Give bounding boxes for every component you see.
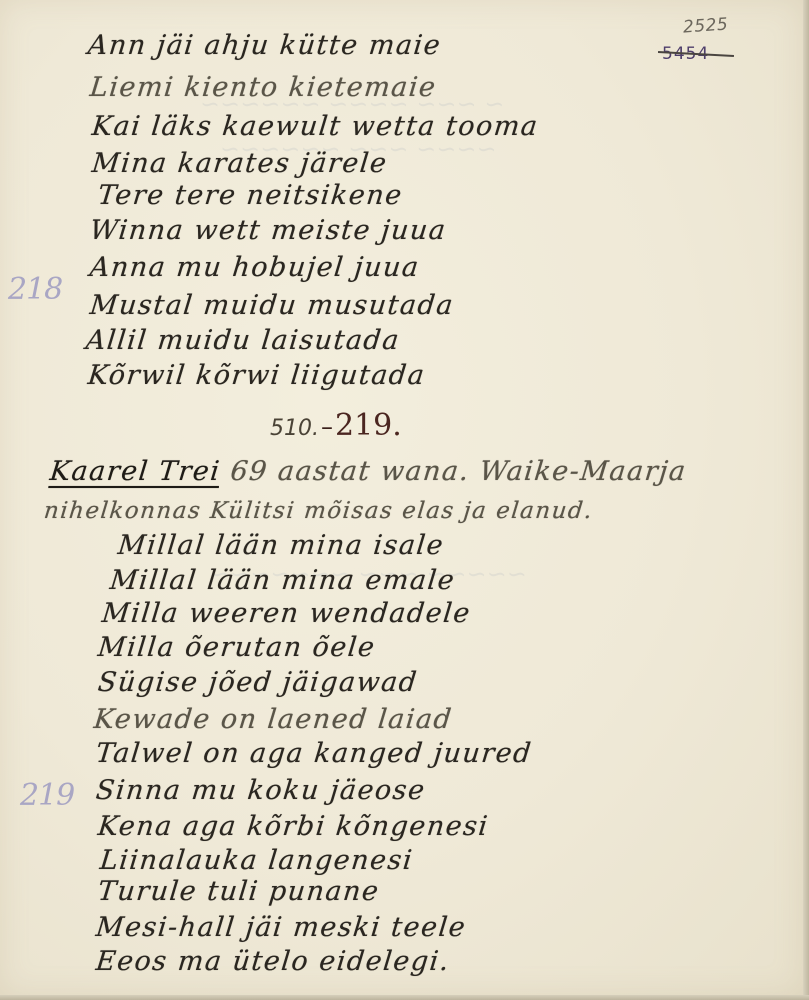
archive-number-old: 5454 — [662, 44, 709, 64]
poem-1-line: Liemi kiento kietemaie — [88, 72, 438, 103]
poem-2-line: Kena aga kõrbi kõngenesi — [96, 811, 490, 842]
singer-note-line-2: nihelkonnas Külitsi mõisas elas ja elanu… — [43, 498, 595, 524]
poem-2-line: Eeos ma ütelo eidelegi. — [94, 946, 451, 977]
poem-1-line: Kõrwil kõrwi liigutada — [86, 360, 427, 391]
section-number-main: 219. — [335, 408, 402, 443]
margin-number: 219 — [20, 778, 74, 813]
section-number-dash: – — [321, 413, 333, 441]
poem-2-line: Liinalauka langenesi — [98, 845, 414, 876]
poem-1-line: Ann jäi ahju kütte maie — [86, 30, 442, 61]
poem-1-line: Mina karates järele — [90, 148, 389, 179]
singer-name: Kaarel Trei — [48, 456, 222, 487]
singer-info: 69 aastat wana. Waike-Maarja — [229, 456, 688, 487]
manuscript-page: ~ ~~~ ~~~~ ~~~~~~ ~~~~ ~~~ ~~~~~~ ~~~~~ … — [0, 0, 805, 997]
poem-1-line: Tere tere neitsikene — [96, 180, 404, 211]
poem-2-line: Sügise jõed jäigawad — [96, 667, 419, 698]
paper-edge-bottom — [0, 995, 809, 1000]
poem-2-line: Milla weeren wendadele — [100, 598, 472, 629]
poem-2-line: Mesi-hall jäi meski teele — [94, 912, 467, 943]
poem-1-line: Kai läks kaewult wetta tooma — [90, 111, 540, 142]
poem-1-line: Winna wett meiste juua — [88, 215, 448, 246]
poem-1-line: Allil muidu laisutada — [84, 325, 401, 356]
poem-2-line: Sinna mu koku jäeose — [94, 775, 427, 806]
poem-2-line: Milla õerutan õele — [96, 632, 377, 663]
section-number: 510.–219. — [270, 408, 402, 443]
poem-2-line: Kewade on laened laiad — [92, 704, 454, 735]
poem-2-line: Turule tuli punane — [96, 876, 381, 907]
poem-1-line: Anna mu hobujel juua — [88, 252, 421, 283]
paper-edge-right — [803, 0, 809, 1000]
archive-number: 2525 — [682, 14, 729, 37]
singer-note-line-1: Kaarel Trei 69 aastat wana. Waike-Maarja — [48, 456, 688, 487]
poem-2-line: Millal lään mina emale — [108, 565, 457, 596]
poem-1-line: Mustal muidu musutada — [88, 290, 455, 321]
section-number-prefix: 510. — [270, 416, 319, 441]
margin-number: 218 — [8, 272, 62, 307]
poem-2-line: Millal lään mina isale — [116, 530, 445, 561]
poem-2-line: Talwel on aga kanged juured — [94, 738, 533, 769]
